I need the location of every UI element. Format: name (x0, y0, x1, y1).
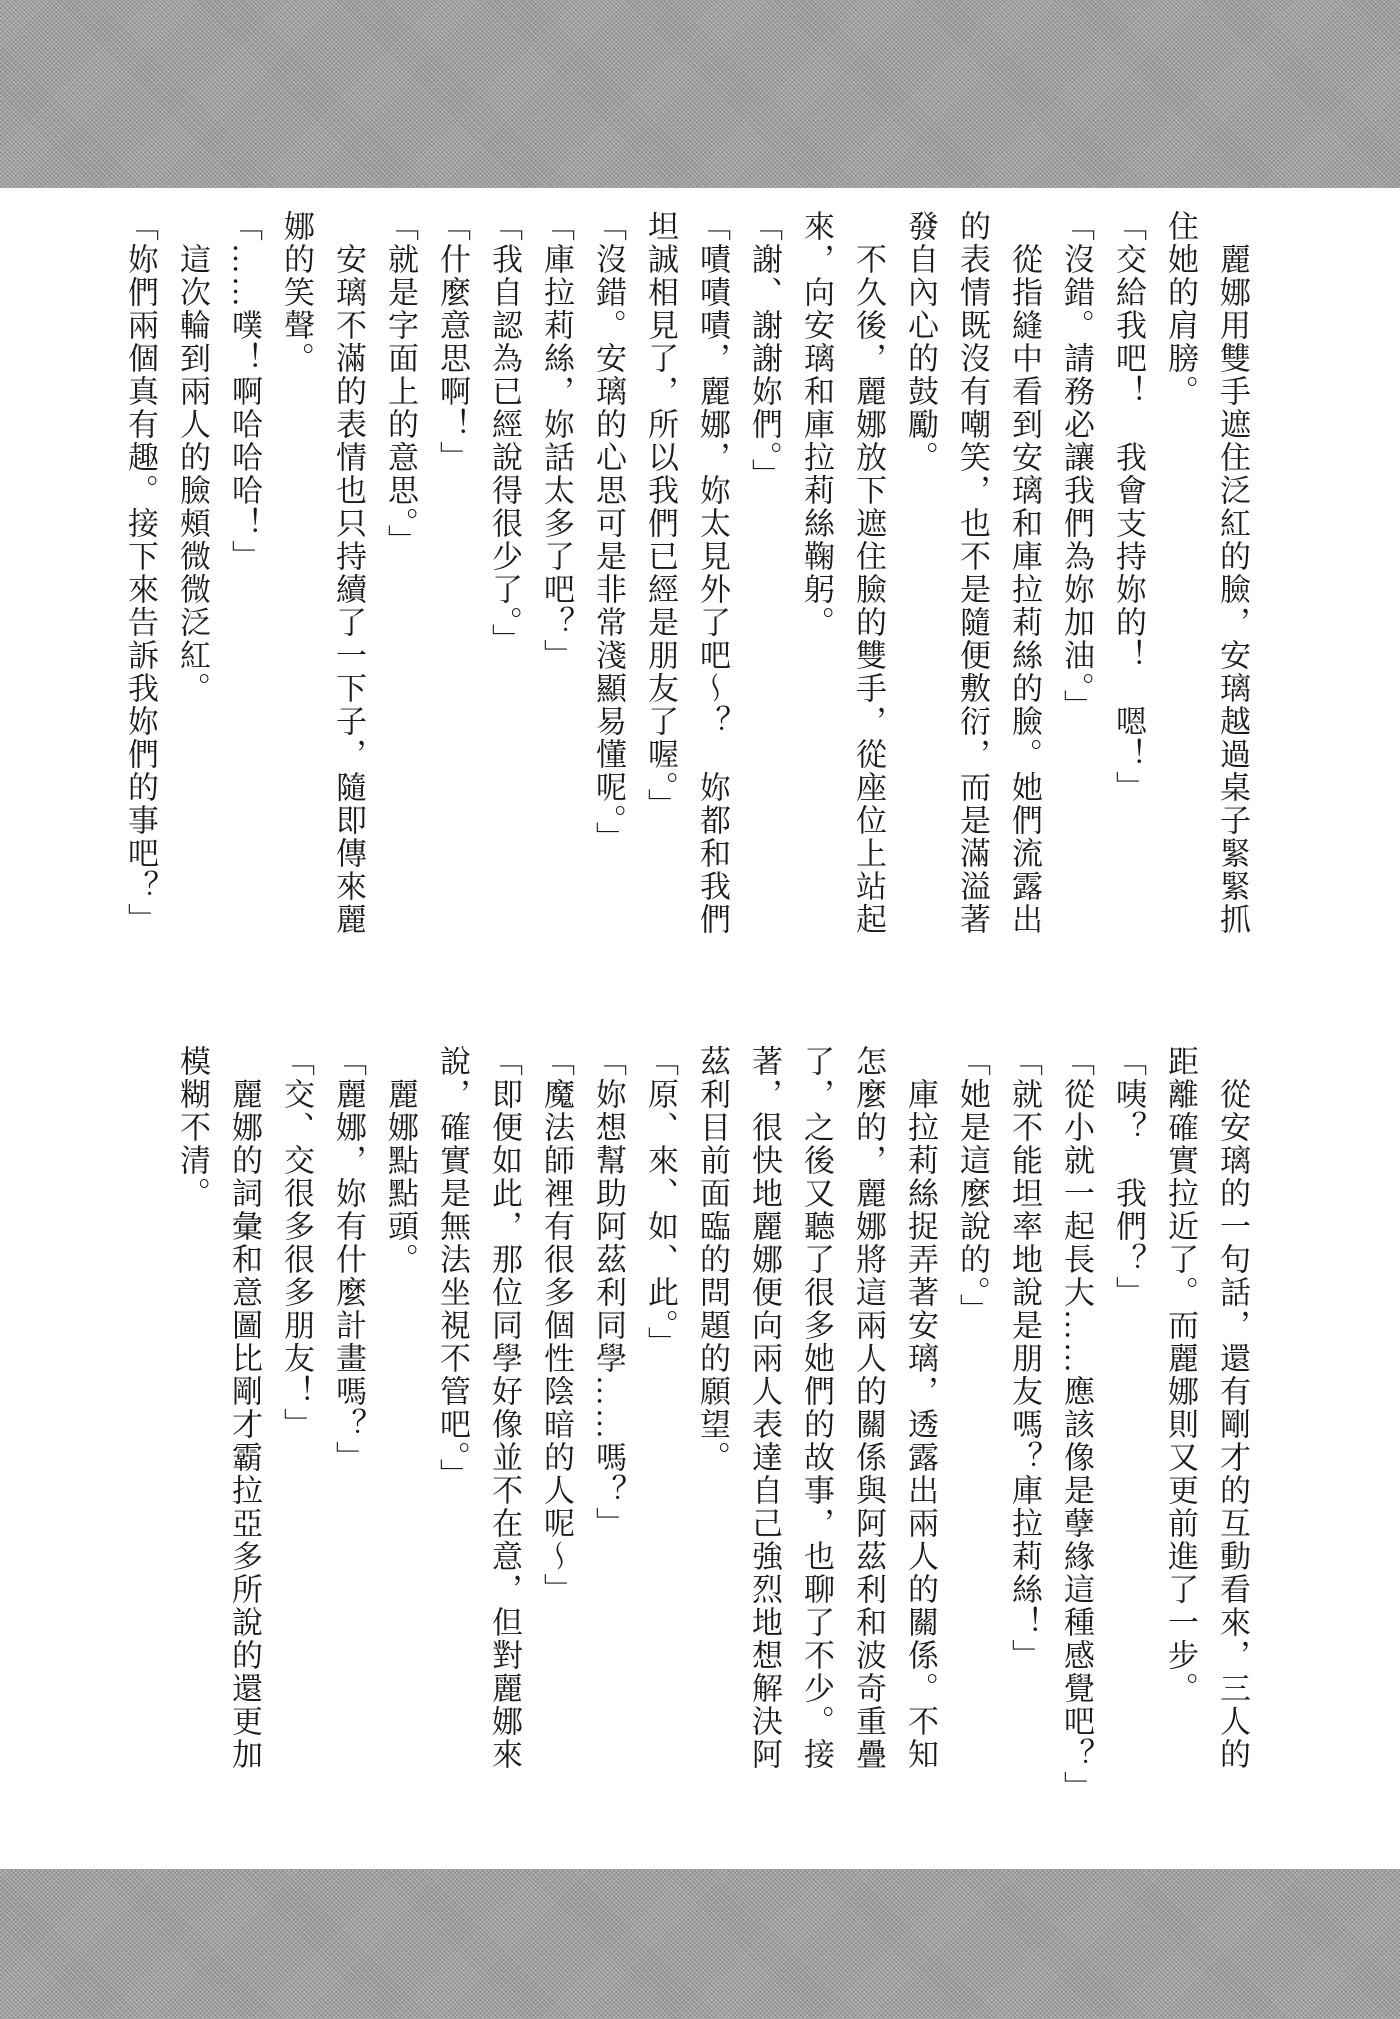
text-column: 從安璃的一句話，還有剛才的互動看來，三人的 (1206, 1045, 1258, 1845)
text-column: 「從小就一起長大……應該像是孽緣這種感覺吧？」 (1050, 1045, 1102, 1845)
text-column: 的表情既沒有嘲笑，也不是隨便敷衍，而是滿溢著 (946, 210, 998, 1010)
text-column: 坦誠相見了，所以我們已經是朋友了喔。」 (634, 210, 686, 1010)
text-column: 了，之後又聽了很多她們的故事，也聊了不少。接 (790, 1045, 842, 1845)
text-column: 茲利目前面臨的問題的願望。 (686, 1045, 738, 1845)
novel-page: 麗娜用雙手遮住泛紅的臉，安璃越過桌子緊緊抓 住她的肩膀。 「交給我吧！ 我會支持… (0, 0, 1400, 2019)
text-column: 麗娜用雙手遮住泛紅的臉，安璃越過桌子緊緊抓 (1206, 210, 1258, 1010)
text-column: 怎麼的，麗娜將這兩人的關係與阿茲利和波奇重疊 (842, 1045, 894, 1845)
text-column: 「什麼意思啊！」 (426, 210, 478, 1010)
text-column: 庫拉莉絲捉弄著安璃，透露出兩人的關係。不知 (894, 1045, 946, 1845)
text-column: 「就不能坦率地說是朋友嗎？庫拉莉絲！」 (998, 1045, 1050, 1845)
text-column: 「交、交很多很多朋友！」 (270, 1045, 322, 1845)
text-column: 來，向安璃和庫拉莉絲鞠躬。 (790, 210, 842, 1010)
text-column: 「咦？ 我們？」 (1102, 1045, 1154, 1845)
text-column: 距離確實拉近了。而麗娜則又更前進了一步。 (1154, 1045, 1206, 1845)
text-column: 「魔法師裡有很多個性陰暗的人呢～」 (530, 1045, 582, 1845)
text-column: 「妳們兩個真有趣。接下來告訴我妳們的事吧？」 (114, 210, 166, 1010)
text-column: 著，很快地麗娜便向兩人表達自己強烈地想解決阿 (738, 1045, 790, 1845)
text-block-lower: 從安璃的一句話，還有剛才的互動看來，三人的 距離確實拉近了。而麗娜則又更前進了一… (166, 1045, 1258, 1845)
text-column: 「沒錯。請務必讓我們為妳加油。」 (1050, 210, 1102, 1010)
text-column: 「沒錯。安璃的心思可是非常淺顯易懂呢。」 (582, 210, 634, 1010)
text-column: 「交給我吧！ 我會支持妳的！ 嗯！」 (1102, 210, 1154, 1010)
text-column: 麗娜的詞彙和意圖比剛才霸拉亞多所說的還更加 (218, 1045, 270, 1845)
text-column: 發自內心的鼓勵。 (894, 210, 946, 1010)
text-column: 說，確實是無法坐視不管吧。」 (426, 1045, 478, 1845)
text-column: 模糊不清。 (166, 1045, 218, 1845)
text-column: 「就是字面上的意思。」 (374, 210, 426, 1010)
text-column: 「麗娜，妳有什麼計畫嗎？」 (322, 1045, 374, 1845)
text-column: 「即便如此，那位同學好像並不在意，但對麗娜來 (478, 1045, 530, 1845)
text-column: 「謝、謝謝妳們。」 (738, 210, 790, 1010)
text-column: 「原、來、如、此。」 (634, 1045, 686, 1845)
text-column: 不久後，麗娜放下遮住臉的雙手，從座位上站起 (842, 210, 894, 1010)
text-column: 「我自認為已經說得很少了。」 (478, 210, 530, 1010)
text-column: 這次輪到兩人的臉頰微微泛紅。 (166, 210, 218, 1010)
text-column: 麗娜點點頭。 (374, 1045, 426, 1845)
text-column: 「庫拉莉絲，妳話太多了吧？」 (530, 210, 582, 1010)
text-column: 「妳想幫助阿茲利同學……嗎？」 (582, 1045, 634, 1845)
text-column: 從指縫中看到安璃和庫拉莉絲的臉。她們流露出 (998, 210, 1050, 1010)
text-block-upper: 麗娜用雙手遮住泛紅的臉，安璃越過桌子緊緊抓 住她的肩膀。 「交給我吧！ 我會支持… (114, 210, 1258, 1010)
text-column: 安璃不滿的表情也只持續了一下子，隨即傳來麗 (322, 210, 374, 1010)
bottom-border-pattern (0, 1869, 1400, 2019)
text-column: 「……噗！啊哈哈哈！」 (218, 210, 270, 1010)
top-border-pattern (0, 0, 1400, 188)
text-column: 娜的笑聲。 (270, 210, 322, 1010)
text-column: 住她的肩膀。 (1154, 210, 1206, 1010)
text-column: 「她是這麼說的。」 (946, 1045, 998, 1845)
text-column: 「嘖嘖嘖，麗娜，妳太見外了吧～？ 妳都和我們 (686, 210, 738, 1010)
